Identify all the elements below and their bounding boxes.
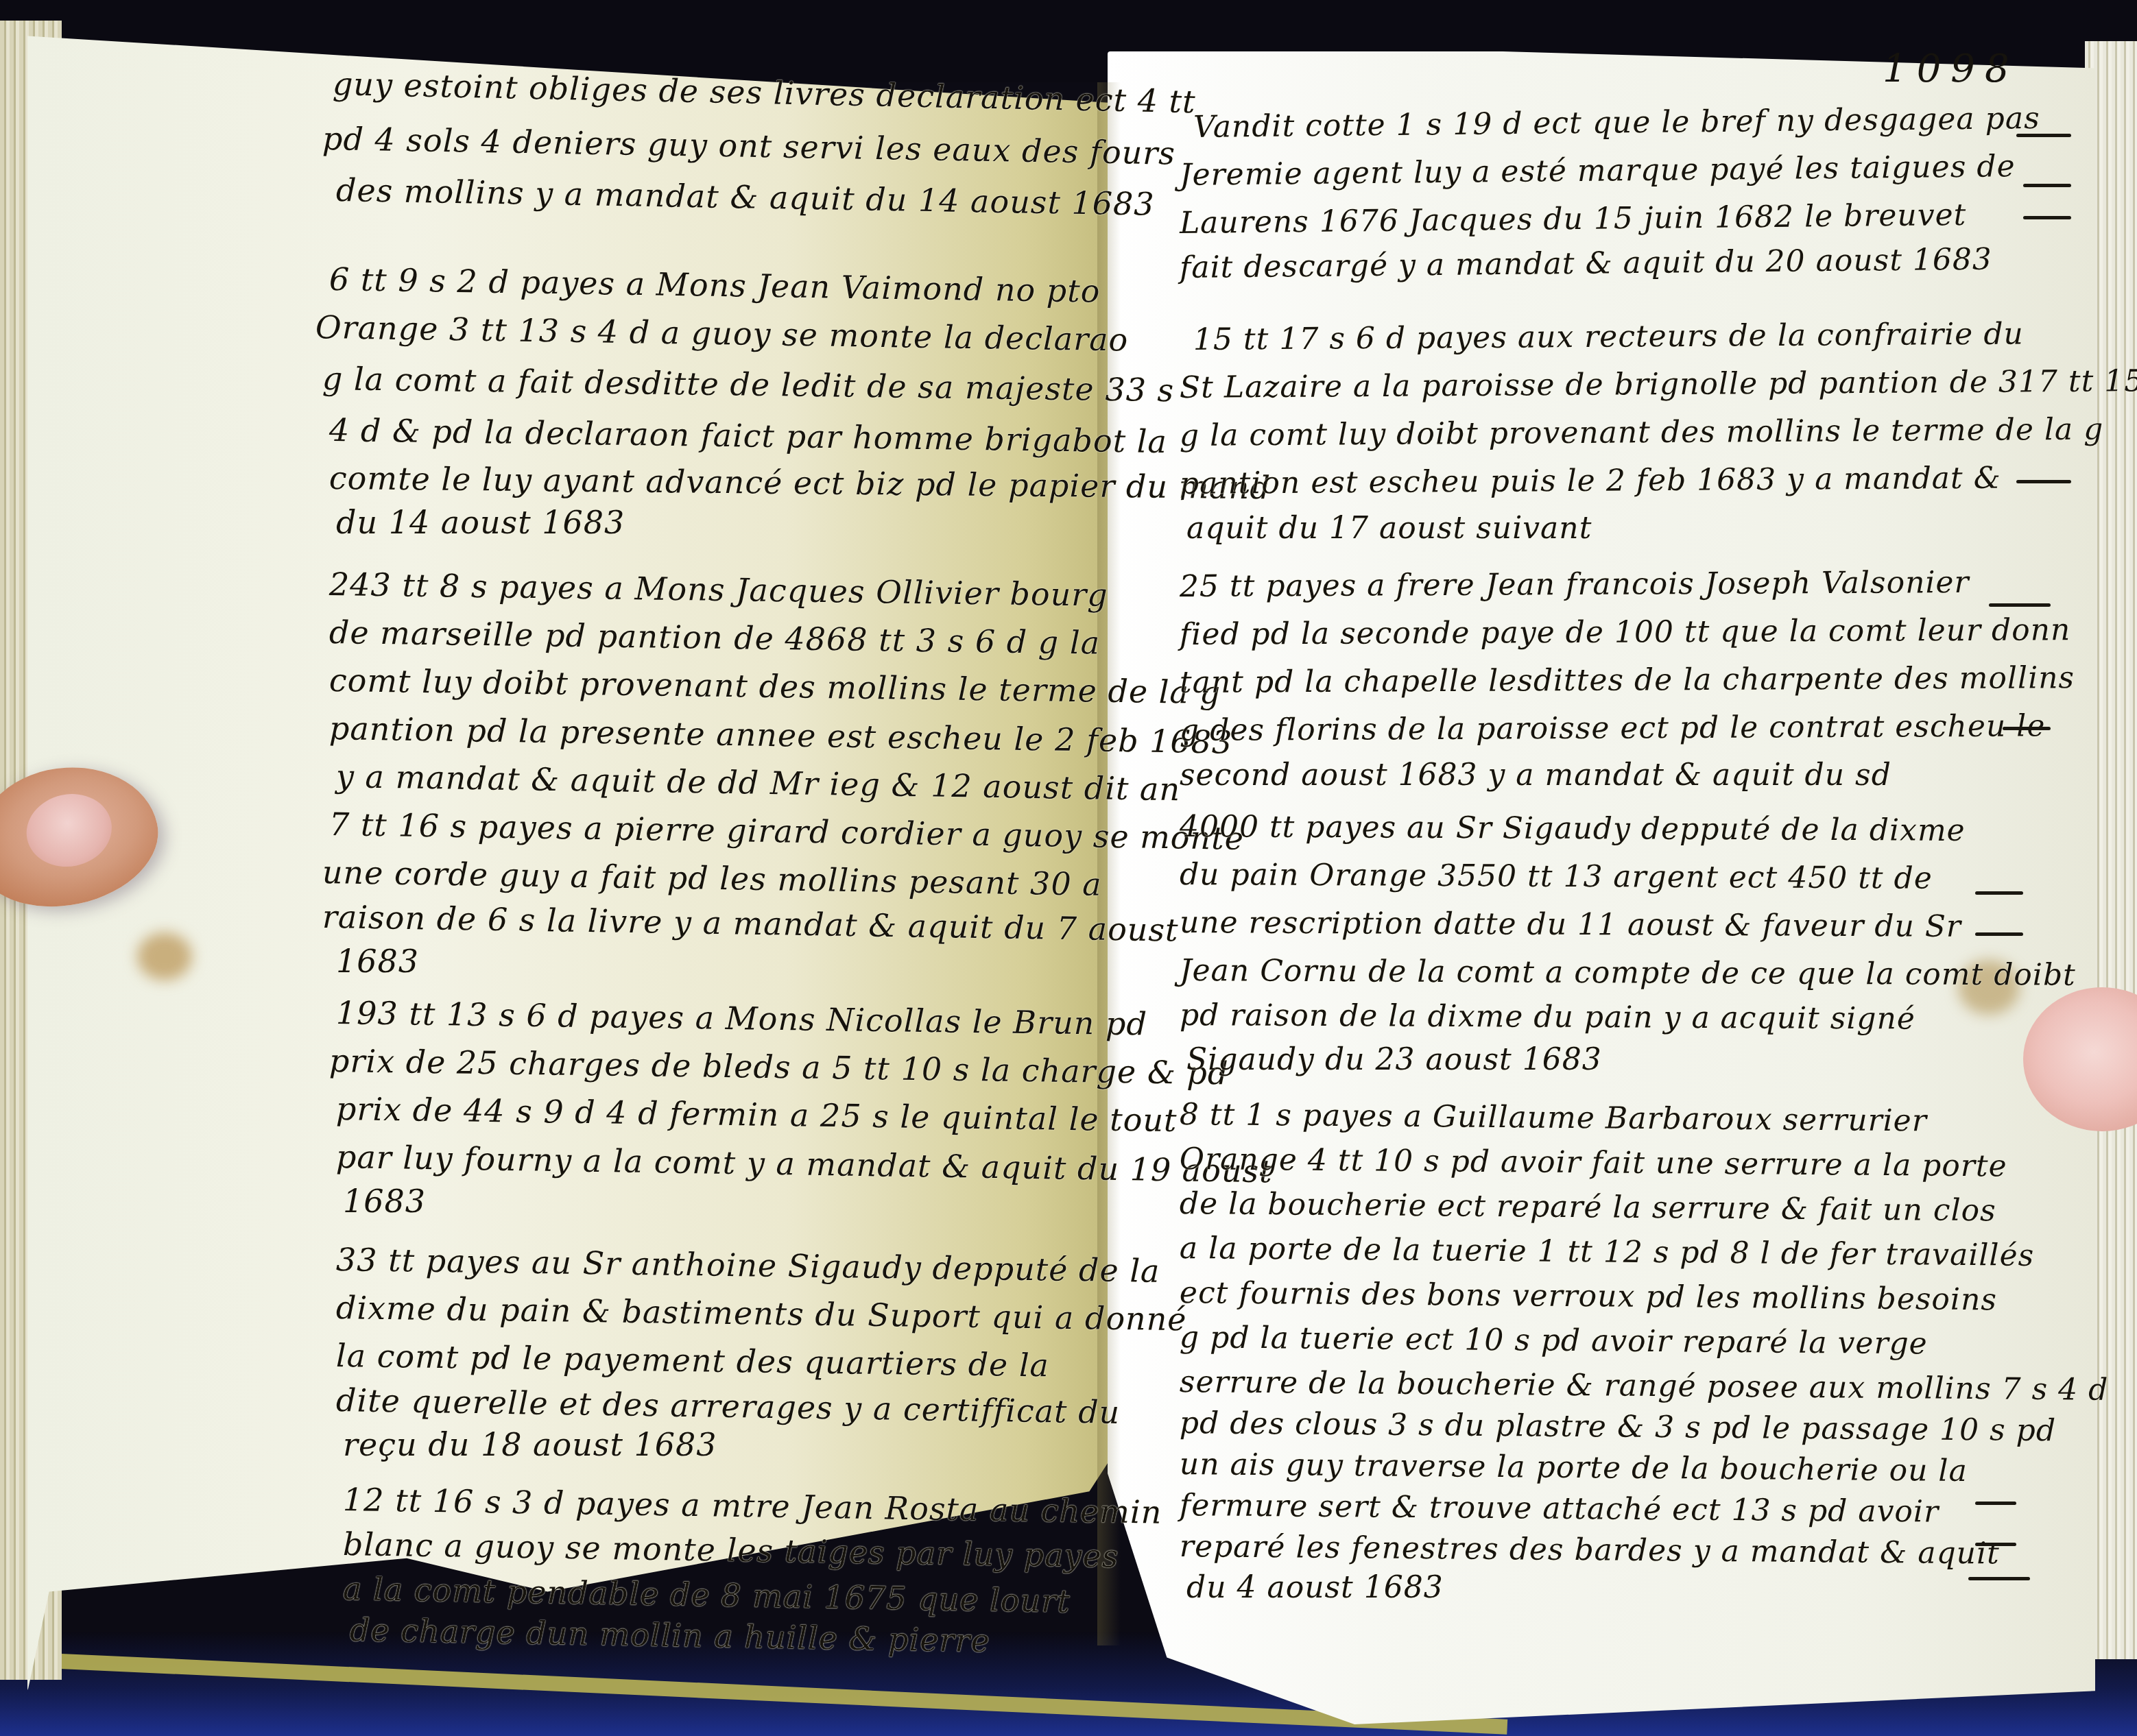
foxing-stain: [137, 932, 192, 980]
text-line: 4000 tt payes au Sr Sigaudy depputé de l…: [1180, 809, 1966, 848]
line-filler-mark: [1989, 603, 2051, 607]
text-line: du 14 aoust 1683: [336, 504, 625, 541]
text-line: Jean Cornu de la comt a compte de ce que…: [1180, 953, 2076, 993]
text-line: une rescription datte du 11 aoust & fave…: [1180, 905, 1961, 944]
text-line: Sigaudy du 23 aoust 1683: [1186, 1042, 1602, 1077]
text-line: second aoust 1683 y a mandat & aquit du …: [1180, 758, 1891, 793]
text-line: du pain Orange 3550 tt 13 argent ect 450…: [1180, 857, 1933, 896]
thumbnail: [20, 786, 119, 875]
text-line: 8 tt 1 s payes a Guillaume Barbaroux ser…: [1180, 1097, 1927, 1139]
text-line: 15 tt 17 s 6 d payes aux recteurs de la …: [1193, 317, 2024, 357]
line-filler-mark: [2016, 134, 2071, 137]
line-filler-mark: [1975, 891, 2023, 895]
line-filler-mark: [1975, 1543, 2016, 1546]
text-line: aquit du 17 aoust suivant: [1186, 511, 1592, 546]
text-line: g des florins de la paroisse ect pd le c…: [1180, 708, 2046, 748]
text-line: a la porte de la tuerie 1 tt 12 s pd 8 l…: [1180, 1231, 2035, 1273]
text-line: pantion est escheu puis le 2 feb 1683 y …: [1180, 461, 2001, 501]
text-line: 1683: [343, 1183, 426, 1220]
text-line: fermure sert & trouve attaché ect 13 s p…: [1180, 1488, 1939, 1530]
text-line: fied pd la seconde paye de 100 tt que la…: [1180, 612, 2071, 652]
line-filler-mark: [2023, 216, 2071, 219]
line-filler-mark: [2016, 480, 2071, 483]
text-line: g la comt luy doibt provenant des mollin…: [1180, 412, 2104, 453]
text-line: un ais guy traverse la porte de la bouch…: [1180, 1447, 1968, 1488]
line-filler-mark: [1968, 1577, 2030, 1580]
text-line: reparé les fenestres des bardes y a mand…: [1180, 1529, 2000, 1571]
line-filler-mark: [2023, 184, 2071, 187]
text-line: de la boucherie ect reparé la serrure & …: [1180, 1186, 1996, 1228]
text-line: 25 tt payes a frere Jean francois Joseph…: [1180, 565, 1970, 604]
text-line: du 4 aoust 1683: [1186, 1570, 1444, 1605]
text-line: St Lazaire a la paroisse de brignolle pd…: [1180, 363, 2137, 405]
text-line: g pd la tuerie ect 10 s pd avoir reparé …: [1180, 1320, 1928, 1362]
text-line: 1683: [336, 943, 419, 980]
text-line: Orange 4 tt 10 s pd avoir fait une serru…: [1180, 1142, 2007, 1184]
text-line: reçu du 18 aoust 1683: [343, 1426, 717, 1463]
text-line: tant pd la chapelle lesdittes de la char…: [1180, 660, 2075, 700]
page-number: 1098: [1883, 47, 2019, 91]
text-line: ect fournis des bons verroux pd les moll…: [1180, 1275, 1997, 1317]
line-filler-mark: [1975, 1502, 2016, 1505]
line-filler-mark: [1975, 932, 2023, 936]
text-line: pd raison de la dixme du pain y a acquit…: [1180, 998, 1915, 1037]
manuscript-photo: 1098 guy estoint obliges de ses livres d…: [0, 0, 2137, 1736]
line-filler-mark: [2003, 727, 2051, 730]
